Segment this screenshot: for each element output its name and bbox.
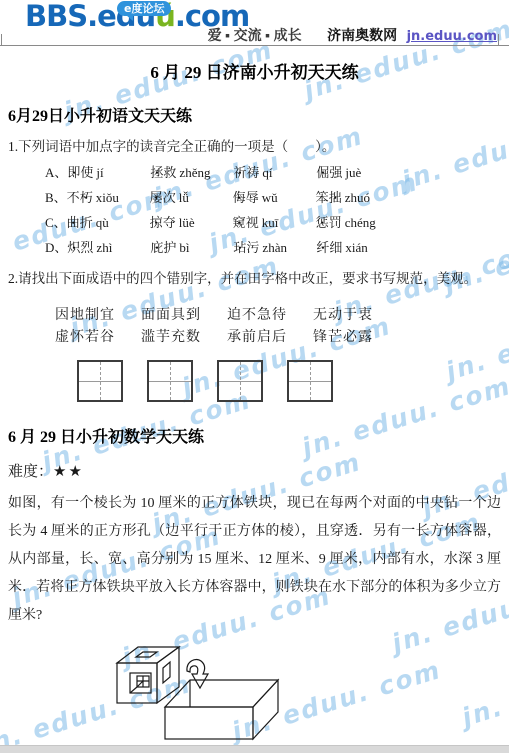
pinyin-text: zhuó [345,190,370,205]
pinyin-text: zhì [96,240,112,255]
dotted-character: 屡 [150,190,163,205]
word-with-pinyin: 炽烈zhì [67,235,146,260]
math-figure [8,632,501,753]
cube-and-container-diagram [8,632,509,753]
character: 护 [163,240,176,255]
pinyin-text: xián [345,240,367,255]
character: 辱 [246,190,259,205]
word-with-pinyin: 倔强juè [316,160,395,185]
container-opening [165,680,278,707]
worksheet-content: 6 月 29 日济南小升初天天练 6月29日小升初语文天天练 1.下列词语中加点… [0,58,509,753]
chinese-section-title: 6月29日小升初语文天天练 [8,103,501,126]
option-label: A、 [45,160,67,185]
option-row: B、不朽xiǒu屡次lǚ侮辱wǔ笨拙zhuó [45,185,501,210]
character: 次 [163,190,176,205]
dotted-character: 祈 [233,165,246,180]
header-right: 爱 ▪ 交流 ▪ 成长 济南奥数网 jn.eduu.com [208,25,497,45]
difficulty-label: 难度： [8,464,53,480]
character: 罚 [329,215,342,230]
word-with-pinyin: 祈祷qí [233,160,312,185]
pinyin-text: zhàn [262,240,287,255]
idiom-text: 因地制宜 [55,305,141,327]
math-section-title: 6 月 29 日小升初数学天天练 [8,424,501,447]
character: 强 [329,165,342,180]
word-with-pinyin: 曲折qù [67,210,146,235]
word-with-pinyin: 即使jí [67,160,146,185]
word-with-pinyin: 不朽xiǒu [67,185,146,210]
pinyin-text: lǚ [179,190,189,205]
character: 笨 [316,190,329,205]
pinyin-text: juè [345,165,361,180]
dotted-character: 侮 [233,190,246,205]
idiom-text: 锋芒必露 [313,327,399,349]
idiom-list: 因地制宜面面具到迫不急待无动于衷 虚怀若谷滥芋充数承前启后锋芒必露 [55,305,501,349]
option-row: C、曲折qù掠夺lüè窥视kuī惩罚chéng [45,210,501,235]
cube-top-hole [136,652,157,657]
idiom-row: 虚怀若谷滥芋充数承前启后锋芒必露 [55,327,501,349]
word-with-pinyin: 惩罚chéng [316,210,395,235]
word-with-pinyin: 掠夺lüè [150,210,229,235]
pinyin-text: chéng [345,215,376,230]
word-with-pinyin: 笨拙zhuó [316,185,395,210]
pinyin-text: kuī [262,215,279,230]
dotted-character: 拯 [150,165,163,180]
site-name: 济南奥数网 [327,29,397,44]
question-1-options: A、即使jí拯救zhěng祈祷qí倔强juèB、不朽xiǒu屡次lǚ侮辱wǔ笨拙… [45,160,501,260]
character: 祷 [246,165,259,180]
page-title: 6 月 29 日济南小升初天天练 [8,58,501,83]
option-row: D、炽烈zhì庇护bì玷污zhàn纤细xián [45,235,501,260]
dotted-character: 庇 [150,240,163,255]
character: 不 [67,190,80,205]
pinyin-text: wǔ [262,190,278,205]
character: 夺 [163,215,176,230]
idiom-row: 因地制宜面面具到迫不急待无动于衷 [55,305,501,327]
word-with-pinyin: 窥视kuī [233,210,312,235]
slogan-text: 爱 ▪ 交流 ▪ 成长 [208,29,302,44]
pinyin-text: jí [96,165,103,180]
word-with-pinyin: 屡次lǚ [150,185,229,210]
dotted-character: 惩 [316,215,329,230]
pinyin-text: xiǒu [96,190,119,205]
pinyin-text: qù [96,215,109,230]
idiom-text: 面面具到 [141,305,227,327]
option-label: C、 [45,210,67,235]
character: 细 [329,240,342,255]
difficulty-stars: ★★ [53,464,84,480]
pinyin-text: zhěng [179,165,210,180]
idiom-text: 迫不急待 [227,305,313,327]
idiom-text: 虚怀若谷 [55,327,141,349]
cube-right-hole [163,662,170,683]
idiom-text: 无动于衷 [313,305,399,327]
word-with-pinyin: 拯救zhěng [150,160,229,185]
eduu-forum-badge[interactable]: e度论坛 [117,1,171,16]
word-with-pinyin: 纤细xián [316,235,395,260]
idiom-text: 承前启后 [227,327,313,349]
tianzige-box [287,360,333,402]
question-2-text: 2.请找出下面成语中的四个错别字，并在田字格中改正，要求书写规范，美观。 [8,267,501,287]
dotted-character: 拙 [329,190,342,205]
hole-depth-line [130,687,137,693]
dotted-character: 炽 [67,240,80,255]
dotted-character: 掠 [150,215,163,230]
character: 使 [80,165,93,180]
pinyin-text: lüè [179,215,195,230]
word-with-pinyin: 侮辱wǔ [233,185,312,210]
math-problem-text: 如图，有一个棱长为 10 厘米的正方体铁块，现已在每两个对面的中央钻一个边长为 … [8,490,501,630]
site-link[interactable]: jn.eduu.com [407,29,497,44]
cube-top-face [117,647,179,663]
writing-grid-boxes [77,360,501,404]
idiom-text: 滥芋充数 [141,327,227,349]
character: 烈 [80,240,93,255]
dotted-character: 玷 [233,240,246,255]
pinyin-text: bì [179,240,189,255]
character: 折 [80,215,93,230]
tianzige-box [77,360,123,402]
dotted-character: 窥 [233,215,246,230]
pinyin-text: qí [262,165,272,180]
character: 视 [246,215,259,230]
tianzige-box [147,360,193,402]
bottom-scrollbar[interactable] [0,745,509,753]
option-label: D、 [45,235,67,260]
dotted-character: 曲 [67,215,80,230]
word-with-pinyin: 庇护bì [150,235,229,260]
question-1-text: 1.下列词语中加点字的读音完全正确的一项是（ ）。 [8,135,501,155]
word-with-pinyin: 玷污zhàn [233,235,312,260]
dotted-character: 倔 [316,165,329,180]
tianzige-box [217,360,263,402]
dotted-character: 朽 [80,190,93,205]
forum-header: BBS.eduǔ.com e度论坛 爱 ▪ 交流 ▪ 成长 济南奥数网 jn.e… [0,0,509,46]
container-front-face [165,707,253,739]
dotted-character: 即 [67,165,80,180]
option-label: B、 [45,185,67,210]
container-right-face [253,680,278,739]
character: 救 [163,165,176,180]
tunnel-cross-lines [137,676,149,687]
difficulty-line: 难度：★★ [8,460,501,481]
dotted-character: 纤 [316,240,329,255]
character: 污 [246,240,259,255]
option-row: A、即使jí拯救zhěng祈祷qí倔强juè [45,160,501,185]
